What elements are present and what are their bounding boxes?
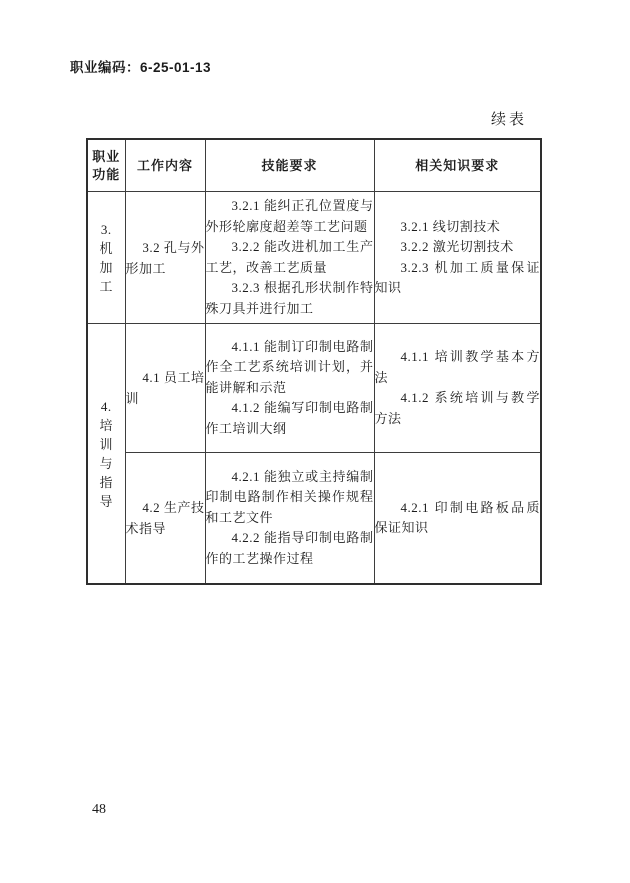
table-row-3-2: 3. 机 加 工 3.2 孔与外形加工 3.2.1 能纠正孔位置度与外形轮廓度超… (87, 192, 541, 324)
skill-item: 4.1.1 能制订印制电路制作全工艺系统培训计划，并能讲解和示范 (206, 337, 374, 399)
knowledge-cell-3-2: 3.2.1 线切割技术 3.2.2 激光切割技术 3.2.3 机加工质量保证知识 (374, 192, 541, 324)
knowledge-cell-4-2: 4.2.1 印制电路板品质保证知识 (374, 453, 541, 585)
knowledge-item: 4.2.1 印制电路板品质保证知识 (375, 498, 541, 539)
table-header-row: 职业 功能 工作内容 技能要求 相关知识要求 (87, 139, 541, 192)
skill-item: 4.2.2 能指导印制电路制作的工艺操作过程 (206, 528, 374, 569)
col-header-function: 职业 功能 (87, 139, 125, 192)
page-number: 48 (92, 802, 106, 818)
skill-item: 4.1.2 能编写印制电路制作工培训大纲 (206, 398, 374, 439)
document-page: 职业编码：6-25-01-13 续表 职业 功能 工作内容 技能要求 相关知识要… (0, 0, 630, 883)
skill-item: 4.2.1 能独立或主持编制印制电路制作相关操作规程和工艺文件 (206, 467, 374, 529)
skill-item: 3.2.2 能改进机加工生产工艺，改善工艺质量 (206, 237, 374, 278)
knowledge-cell-4-1: 4.1.1 培训教学基本方法 4.1.2 系统培训与教学方法 (374, 324, 541, 453)
knowledge-item: 3.2.1 线切割技术 (375, 217, 541, 238)
continued-table-label: 续表 (491, 108, 527, 129)
table-row-4-2: 4.2 生产技术指导 4.2.1 能独立或主持编制印制电路制作相关操作规程和工艺… (87, 453, 541, 585)
work-cell-4-2: 4.2 生产技术指导 (125, 453, 205, 585)
skills-cell-3-2: 3.2.1 能纠正孔位置度与外形轮廓度超差等工艺问题 3.2.2 能改进机加工生… (205, 192, 374, 324)
col-header-skills: 技能要求 (205, 139, 374, 192)
col-header-work: 工作内容 (125, 139, 205, 192)
skills-cell-4-2: 4.2.1 能独立或主持编制印制电路制作相关操作规程和工艺文件 4.2.2 能指… (205, 453, 374, 585)
knowledge-item: 4.1.2 系统培训与教学方法 (375, 388, 541, 429)
function-cell-training: 4. 培 训 与 指 导 (87, 324, 125, 585)
skill-item: 3.2.3 根据孔形状制作特殊刀具并进行加工 (206, 278, 374, 319)
knowledge-item: 3.2.3 机加工质量保证知识 (375, 258, 541, 299)
col-header-knowledge: 相关知识要求 (374, 139, 541, 192)
work-cell-3-2: 3.2 孔与外形加工 (125, 192, 205, 324)
knowledge-item: 3.2.2 激光切割技术 (375, 237, 541, 258)
skills-cell-4-1: 4.1.1 能制订印制电路制作全工艺系统培训计划，并能讲解和示范 4.1.2 能… (205, 324, 374, 453)
requirements-table: 职业 功能 工作内容 技能要求 相关知识要求 3. 机 加 工 3.2 孔与外形… (86, 138, 542, 585)
occupation-code: 职业编码：6-25-01-13 (70, 56, 211, 76)
skill-item: 3.2.1 能纠正孔位置度与外形轮廓度超差等工艺问题 (206, 196, 374, 237)
work-cell-4-1: 4.1 员工培训 (125, 324, 205, 453)
function-cell-machining: 3. 机 加 工 (87, 192, 125, 324)
table-row-4-1: 4. 培 训 与 指 导 4.1 员工培训 4.1.1 能制订印制电路制作全工艺… (87, 324, 541, 453)
knowledge-item: 4.1.1 培训教学基本方法 (375, 347, 541, 388)
